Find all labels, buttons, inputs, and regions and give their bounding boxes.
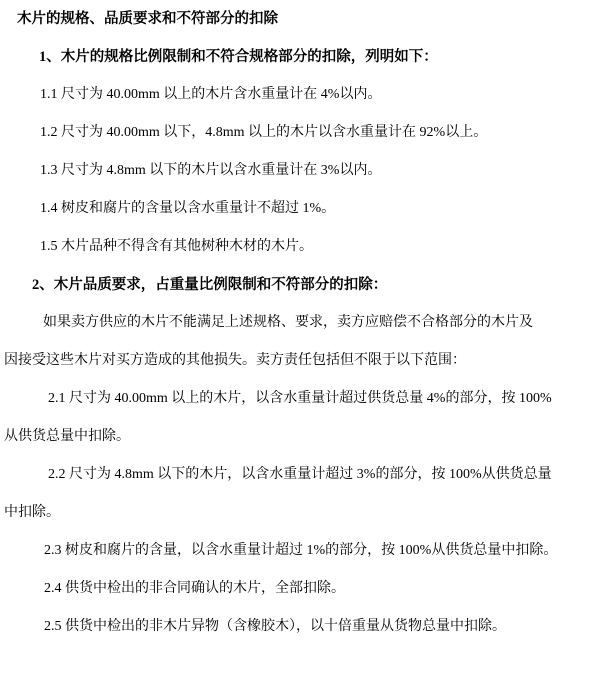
section-2-heading: 2、木片品质要求，占重量比例限制和不符部分的扣除：	[0, 266, 606, 304]
clause-2-2-line-1: 2.2 尺寸为 4.8mm 以下的木片，以含水重量计超过 3%的部分，按 100…	[0, 456, 606, 494]
seller-liability-paragraph-line-2: 因接受这些木片对买方造成的其他损失。卖方责任包括但不限于以下范围：	[0, 342, 606, 380]
document-page: 木片的规格、品质要求和不符部分的扣除 1、木片的规格比例限制和不符合规格部分的扣…	[0, 0, 606, 676]
clause-1-1: 1.1 尺寸为 40.00mm 以上的木片含水重量计在 4%以内。	[0, 76, 606, 114]
section-1-heading: 1、木片的规格比例限制和不符合规格部分的扣除，列明如下：	[0, 38, 606, 76]
clause-2-5: 2.5 供货中检出的非木片异物（含橡胶木），以十倍重量从货物总量中扣除。	[0, 608, 606, 646]
seller-liability-paragraph-line-1: 如果卖方供应的木片不能满足上述规格、要求，卖方应赔偿不合格部分的木片及	[0, 304, 606, 342]
clause-2-1-line-2: 从供货总量中扣除。	[0, 418, 606, 456]
clause-2-2-line-2: 中扣除。	[0, 494, 606, 532]
clause-2-3: 2.3 树皮和腐片的含量，以含水重量计超过 1%的部分，按 100%从供货总量中…	[0, 532, 606, 570]
clause-1-3: 1.3 尺寸为 4.8mm 以下的木片以含水重量计在 3%以内。	[0, 152, 606, 190]
clause-1-2: 1.2 尺寸为 40.00mm 以下，4.8mm 以上的木片以含水重量计在 92…	[0, 114, 606, 152]
clause-1-5: 1.5 木片品种不得含有其他树种木材的木片。	[0, 228, 606, 266]
clause-1-4: 1.4 树皮和腐片的含量以含水重量计不超过 1%。	[0, 190, 606, 228]
clause-2-1-line-1: 2.1 尺寸为 40.00mm 以上的木片，以含水重量计超过供货总量 4%的部分…	[0, 380, 606, 418]
clause-2-4: 2.4 供货中检出的非合同确认的木片，全部扣除。	[0, 570, 606, 608]
doc-title: 木片的规格、品质要求和不符部分的扣除	[0, 0, 606, 38]
